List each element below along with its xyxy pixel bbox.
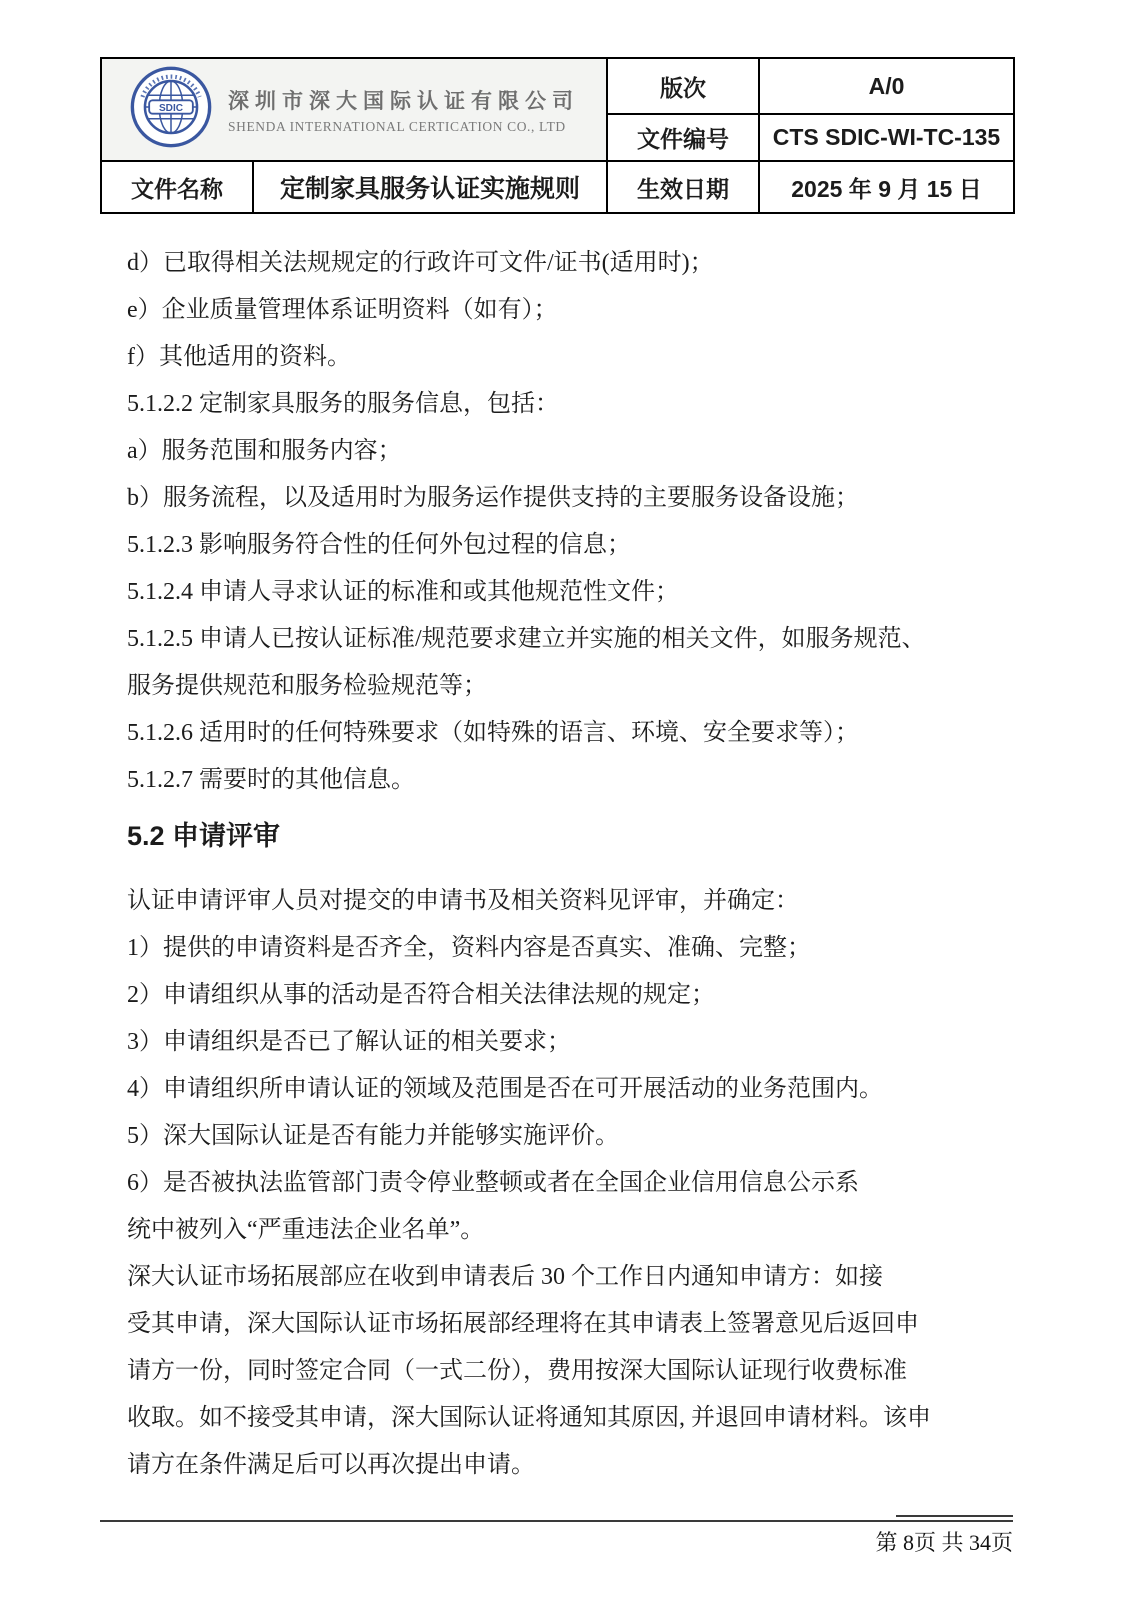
version-value: A/0: [759, 58, 1014, 114]
body-line: e）企业质量管理体系证明资料（如有）；: [127, 287, 1017, 334]
body-line: 5.1.2.3 影响服务符合性的任何外包过程的信息；: [127, 522, 1017, 569]
body-line: 5.1.2.6 适用时的任何特殊要求（如特殊的语言、环境、安全要求等）；: [127, 710, 1017, 757]
body-line: 5）深大国际认证是否有能力并能够实施评价。: [127, 1113, 1017, 1160]
body-line: 请方一份，同时签定合同（一式二份），费用按深大国际认证现行收费标准: [127, 1348, 1017, 1395]
body-line: 统中被列入“严重违法企业名单”。: [127, 1207, 1017, 1254]
body-line: 受其申请，深大国际认证市场拓展部经理将在其申请表上签署意见后返回申: [127, 1301, 1017, 1348]
company-name-cn: 深圳市深大国际认证有限公司: [228, 85, 579, 115]
body-line: 请方在条件满足后可以再次提出申请。: [127, 1442, 1017, 1489]
doc-no-value: CTS SDIC-WI-TC-135: [759, 114, 1014, 161]
body-line: d）已取得相关法规规定的行政许可文件/证书(适用时)；: [127, 240, 1017, 287]
effective-date-label: 生效日期: [607, 161, 759, 213]
doc-title: 定制家具服务认证实施规则: [253, 161, 607, 213]
body-line: 4）申请组织所申请认证的领域及范围是否在可开展活动的业务范围内。: [127, 1066, 1017, 1113]
header-table: SDIC 深圳市深大国际认证有限公司 SHENDA INTERNATIONAL …: [100, 57, 1015, 214]
logo-sdic-text: SDIC: [159, 103, 183, 114]
body-line: 3）申请组织是否已了解认证的相关要求；: [127, 1019, 1017, 1066]
body-line: 5.1.2.7 需要时的其他信息。: [127, 757, 1017, 804]
body-line: 5.1.2.2 定制家具服务的服务信息，包括：: [127, 381, 1017, 428]
body-line: 深大认证市场拓展部应在收到申请表后 30 个工作日内通知申请方：如接: [127, 1254, 1017, 1301]
footer-rule-segment: [896, 1515, 1013, 1517]
company-name-en: SHENDA INTERNATIONAL CERTICATION CO., LT…: [228, 119, 579, 135]
body-line: b）服务流程，以及适用时为服务运作提供支持的主要服务设备设施；: [127, 475, 1017, 522]
body-line: 5.1.2.5 申请人已按认证标准/规范要求建立并实施的相关文件，如服务规范、: [127, 616, 1017, 663]
body-line: a）服务范围和服务内容；: [127, 428, 1017, 475]
page-number: 第 8页 共 34页: [875, 1526, 1013, 1557]
company-seal-logo-icon: SDIC: [128, 65, 214, 154]
doc-name-label: 文件名称: [101, 161, 253, 213]
doc-no-label: 文件编号: [607, 114, 759, 161]
body-line: 6）是否被执法监管部门责令停业整顿或者在全国企业信用信息公示系: [127, 1160, 1017, 1207]
body-line: 认证申请评审人员对提交的申请书及相关资料见评审，并确定：: [127, 878, 1017, 925]
body-line: 1）提供的申请资料是否齐全，资料内容是否真实、准确、完整；: [127, 925, 1017, 972]
page-footer: 第 8页 共 34页: [100, 1520, 1013, 1557]
body-line: 收取。如不接受其申请，深大国际认证将通知其原因, 并退回申请材料。该申: [127, 1395, 1017, 1442]
body-line: f）其他适用的资料。: [127, 334, 1017, 381]
effective-date-value: 2025 年 9 月 15 日: [759, 161, 1014, 213]
body-line: 2）申请组织从事的活动是否符合相关法律法规的规定；: [127, 972, 1017, 1019]
version-label: 版次: [607, 58, 759, 114]
company-logo-cell: SDIC 深圳市深大国际认证有限公司 SHENDA INTERNATIONAL …: [101, 58, 607, 161]
document-page: SDIC 深圳市深大国际认证有限公司 SHENDA INTERNATIONAL …: [0, 0, 1131, 1600]
section-heading: 5.2 申请评审: [127, 810, 1017, 862]
body-line: 5.1.2.4 申请人寻求认证的标准和或其他规范性文件；: [127, 569, 1017, 616]
body-line: 服务提供规范和服务检验规范等；: [127, 663, 1017, 710]
document-body: d）已取得相关法规规定的行政许可文件/证书(适用时)； e）企业质量管理体系证明…: [127, 240, 1017, 1489]
